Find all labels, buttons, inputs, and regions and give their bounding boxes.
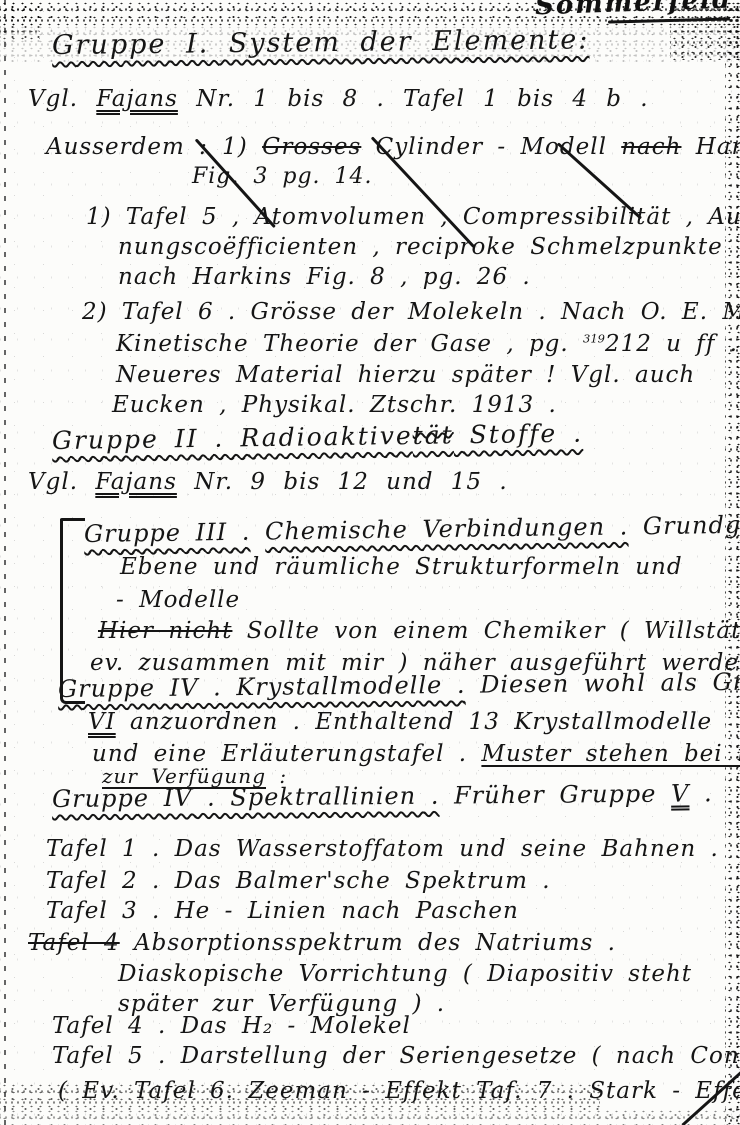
text-segment: Harkins bbox=[681, 134, 740, 160]
text-segment: V bbox=[671, 779, 690, 807]
text-segment: 212 u ff . bbox=[605, 331, 738, 357]
manuscript-line: 2) Tafel 6 . Grösse der Molekeln . Nach … bbox=[82, 299, 740, 325]
manuscript-line: Gruppe IV . Krystallmodelle . Diesen woh… bbox=[58, 668, 740, 703]
manuscript-line: Ausserdem : 1) Grosses Cylinder - Modell… bbox=[46, 134, 740, 160]
text-segment: ( Ev. Tafel 6. Zeeman - Effekt Taf. 7 . … bbox=[58, 1078, 740, 1104]
text-segment: . bbox=[689, 779, 713, 807]
manuscript-line: Tafel 4 . Das H₂ - Molekel bbox=[52, 1013, 411, 1039]
text-segment: Tafel 3 . He - Linien nach Paschen bbox=[46, 898, 519, 924]
text-segment: Gruppe I. System der Elemente: bbox=[52, 24, 590, 61]
text-segment: Gruppe III . bbox=[84, 518, 251, 548]
manuscript-line: Vgl. Fajans Nr. 9 bis 12 und 15 . bbox=[28, 469, 508, 495]
text-segment: Grosses bbox=[262, 134, 361, 160]
text-segment: Vgl. bbox=[28, 86, 96, 112]
text-segment: Ausserdem : 1) bbox=[46, 134, 262, 160]
manuscript-line: nach Harkins Fig. 8 , pg. 26 . bbox=[118, 264, 531, 290]
manuscript-line: Eucken , Physikal. Ztschr. 1913 . bbox=[112, 392, 557, 418]
text-segment: Cylinder - Modell bbox=[361, 134, 621, 160]
manuscript-line: Diaskopische Vorrichtung ( Diapositiv st… bbox=[118, 961, 692, 987]
manuscript-line: Hier nicht Sollte von einem Chemiker ( W… bbox=[98, 618, 740, 644]
manuscript-line: ( Ev. Tafel 6. Zeeman - Effekt Taf. 7 . … bbox=[58, 1078, 740, 1104]
manuscript-line: Tafel 3 . He - Linien nach Paschen bbox=[46, 898, 519, 924]
manuscript-line: Gruppe III . Chemische Verbindungen . Gr… bbox=[84, 511, 740, 549]
text-segment: Sollte von einem Chemiker ( Willstätter … bbox=[232, 618, 740, 644]
text-segment: 2) Tafel 6 . Grösse der Molekeln . Nach … bbox=[82, 299, 740, 325]
text-segment: nach bbox=[621, 134, 681, 160]
text-segment: - Modelle bbox=[116, 587, 240, 613]
text-segment: Diaskopische Vorrichtung ( Diapositiv st… bbox=[118, 961, 692, 987]
text-segment: 319 bbox=[583, 331, 605, 345]
text-segment: Tafel 2 . Das Balmer'sche Spektrum . bbox=[46, 868, 551, 894]
text-segment: Vgl. bbox=[28, 469, 95, 495]
text-segment: Absorptionsspektrum des Natriums . bbox=[120, 930, 616, 956]
text-segment bbox=[250, 517, 265, 545]
manuscript-line: Gruppe I. System der Elemente: bbox=[52, 24, 590, 61]
manuscript-line: - Modelle bbox=[116, 587, 240, 613]
manuscript-line: nungscoëfficienten , reciproke Schmelzpu… bbox=[118, 234, 723, 260]
manuscript-page: Sommerfeld Gruppe I. System der Elemente… bbox=[0, 0, 740, 1125]
text-segment: Eucken , Physikal. Ztschr. 1913 . bbox=[112, 392, 557, 418]
text-segment: Nr. 9 bis 12 und 15 . bbox=[177, 469, 508, 495]
manuscript-line: Ebene und räumliche Strukturformeln und bbox=[120, 554, 683, 580]
manuscript-line: VI anzuordnen . Enthaltend 13 Krystallmo… bbox=[88, 709, 712, 735]
text-segment: Stoffe . bbox=[453, 419, 583, 450]
text-segment: nach Harkins Fig. 8 , pg. 26 . bbox=[118, 264, 531, 290]
text-segment: Gruppe IV . Spektrallinien . bbox=[52, 782, 440, 813]
scan-noise-right-edge bbox=[725, 0, 740, 1125]
text-segment: Grundgesetze bbox=[628, 510, 740, 541]
text-segment: Tafel 1 bis 4 b . bbox=[385, 86, 649, 112]
manuscript-line: Tafel 5 . Darstellung der Seriengesetze … bbox=[52, 1043, 740, 1069]
manuscript-line: Kinetische Theorie der Gase , pg. 319212… bbox=[116, 331, 738, 357]
text-segment: Nr. 1 bis 8 . bbox=[178, 86, 385, 112]
text-segment: Gruppe IV . Krystallmodelle . bbox=[58, 671, 466, 703]
text-segment: tät bbox=[412, 420, 453, 450]
text-segment: Tafel 1 . Das Wasserstoffatom und seine … bbox=[46, 836, 719, 862]
text-segment: Kinetische Theorie der Gase , pg. bbox=[116, 331, 583, 357]
text-segment: Tafel 4 bbox=[28, 930, 120, 956]
text-segment: Chemische Verbindungen . bbox=[265, 512, 629, 545]
text-segment: Früher Gruppe bbox=[439, 780, 671, 810]
text-segment: Neueres Material hierzu später ! Vgl. au… bbox=[116, 362, 695, 388]
manuscript-line: Gruppe IV . Spektrallinien . Früher Grup… bbox=[52, 780, 713, 813]
text-segment: Tafel 5 . Darstellung der Seriengesetze … bbox=[52, 1043, 740, 1069]
text-segment: nungscoëfficienten , reciproke Schmelzpu… bbox=[118, 234, 723, 260]
manuscript-line: Tafel 1 . Das Wasserstoffatom und seine … bbox=[46, 836, 719, 862]
scan-noise-top-left-corner bbox=[0, 0, 40, 40]
manuscript-line: Neueres Material hierzu später ! Vgl. au… bbox=[116, 362, 695, 388]
manuscript-line: Vgl. Fajans Nr. 1 bis 8 . Tafel 1 bis 4 … bbox=[28, 86, 649, 112]
text-segment: Diesen wohl als Gruppe bbox=[465, 667, 740, 699]
manuscript-line: Tafel 2 . Das Balmer'sche Spektrum . bbox=[46, 868, 551, 894]
scan-noise-bottom-edge bbox=[0, 1108, 740, 1125]
text-segment: Fajans bbox=[95, 469, 177, 495]
text-segment: Hier nicht bbox=[98, 618, 232, 644]
text-segment: Muster stehen bei mir bbox=[481, 741, 740, 767]
text-segment: anzuordnen . Enthaltend 13 Krystallmodel… bbox=[116, 709, 712, 735]
text-segment: Ebene und räumliche Strukturformeln und bbox=[120, 554, 683, 580]
manuscript-line: Tafel 4 Absorptionsspektrum des Natriums… bbox=[28, 930, 616, 956]
manuscript-line: Gruppe II . Radioaktivetät Stoffe . bbox=[52, 420, 583, 456]
scan-dotted-left-edge bbox=[4, 0, 6, 1125]
text-segment: Tafel 4 . Das H₂ - Molekel bbox=[52, 1013, 411, 1039]
text-segment: Fajans bbox=[96, 86, 178, 112]
text-segment: Gruppe II . Radioaktive bbox=[52, 421, 413, 455]
text-segment: VI bbox=[88, 709, 116, 735]
